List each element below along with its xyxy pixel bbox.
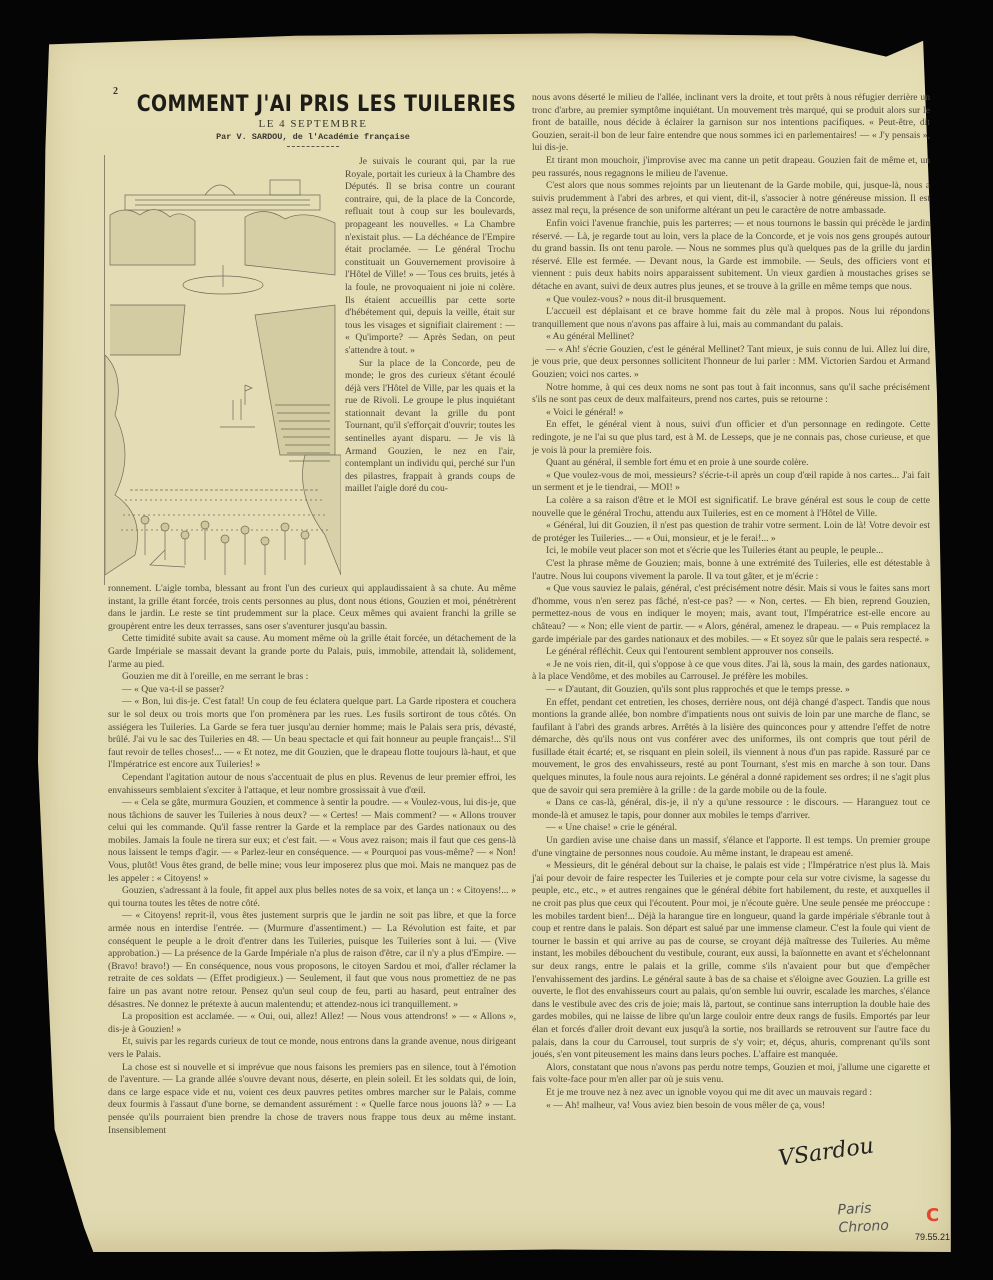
paragraph: Cependant l'agitation autour de nous s'a…: [108, 772, 516, 797]
paragraph: « — Ah! malheur, va! Vous aviez bien bes…: [532, 1100, 930, 1113]
paragraph: La chose est si nouvelle et si imprévue …: [108, 1062, 516, 1138]
paragraph: La colère a sa raison d'être et le MOI e…: [532, 495, 930, 520]
paragraph: — « Cela se gâte, murmura Gouzien, et co…: [108, 797, 516, 885]
accession-number: 79.55.21: [915, 1232, 950, 1242]
paragraph: Et je me trouve nez à nez avec un ignobl…: [532, 1087, 930, 1100]
red-mark: C: [926, 1205, 939, 1226]
paragraph: — « D'autant, dit Gouzien, qu'ils sont p…: [532, 684, 930, 697]
paragraph: « Que voulez-vous? » nous dit-il brusque…: [532, 294, 930, 307]
paragraph: « Que voulez-vous de moi, messieurs? s'é…: [532, 470, 930, 495]
paragraph: L'accueil est déplaisant et ce brave hom…: [532, 306, 930, 331]
article-header: COMMENT J'AI PRIS LES TUILERIES LE 4 SEP…: [108, 92, 518, 147]
paragraph: En effet, pendant cet entretien, les cho…: [532, 697, 930, 798]
header-divider: [287, 146, 339, 147]
paragraph: La proposition est acclamée. — « Oui, ou…: [108, 1011, 516, 1036]
paragraph: ronnement. L'aigle tomba, blessant au fr…: [108, 583, 516, 633]
article-byline: Par V. SARDOU, de l'Académie française: [108, 132, 518, 142]
paragraph: En effet, le général vient à nous, suivi…: [532, 419, 930, 457]
paragraph: Enfin voici l'avenue franchie, puis les …: [532, 218, 930, 294]
paragraph: « Messieurs, dit le général debout sur l…: [532, 860, 930, 1062]
paragraph: Je suivais le courant qui, par la rue Ro…: [345, 156, 515, 358]
paragraph: « Je ne vois rien, dit-il, qui s'oppose …: [532, 659, 930, 684]
paragraph: C'est la phrase même de Gouzien; mais, b…: [532, 558, 930, 583]
paragraph: — « Ah! s'écrie Gouzien, c'est le généra…: [532, 344, 930, 382]
handwritten-note-line: Chrono: [838, 1217, 889, 1238]
article-subtitle: LE 4 SEPTEMBRE: [108, 118, 518, 130]
paragraph: « Que vous sauviez le palais, général, c…: [532, 583, 930, 646]
engraving-image: [104, 155, 341, 585]
paragraph: Quant au général, il semble fort ému et …: [532, 457, 930, 470]
paragraph: Gouzien, s'adressant à la foule, fit app…: [108, 885, 516, 910]
paragraph: Notre homme, à qui ces deux noms ne sont…: [532, 382, 930, 407]
article-column-right: nous avons déserté le milieu de l'allée,…: [532, 92, 930, 1112]
paragraph: — « Citoyens! reprit-il, vous êtes juste…: [108, 910, 516, 1011]
paragraph: Et tirant mon mouchoir, j'improvise avec…: [532, 155, 930, 180]
paragraph: Gouzien me dit à l'oreille, en me serran…: [108, 671, 516, 684]
tuileries-engraving-icon: [105, 155, 341, 585]
article-title: COMMENT J'AI PRIS LES TUILERIES: [137, 92, 490, 117]
paragraph: Alors, constatant que nous n'avons pas p…: [532, 1062, 930, 1087]
paragraph: C'est alors que nous sommes rejoints par…: [532, 180, 930, 218]
paragraph: Le général réfléchit. Ceux qui l'entoure…: [532, 646, 930, 659]
paragraph: Ici, le mobile veut placer son mot et s'…: [532, 545, 930, 558]
paragraph: « Général, lui dit Gouzien, il n'est pas…: [532, 520, 930, 545]
article-column-narrow: Je suivais le courant qui, par la rue Ro…: [345, 156, 515, 496]
paragraph: Et, suivis par les regards curieux de to…: [108, 1036, 516, 1061]
handwritten-annotation: Paris Chrono: [837, 1199, 889, 1238]
paragraph: « Dans ce cas-là, général, dis-je, il n'…: [532, 797, 930, 822]
paragraph: « Au général Mellinet?: [532, 331, 930, 344]
paragraph: « Voici le général! »: [532, 407, 930, 420]
paragraph: — « Que va-t-il se passer?: [108, 684, 516, 697]
article-column-left: ronnement. L'aigle tomba, blessant au fr…: [108, 583, 516, 1137]
paragraph: Un gardien avise une chaise dans un mass…: [532, 835, 930, 860]
paragraph: Cette timidité subite avait sa cause. Au…: [108, 633, 516, 671]
paragraph: nous avons déserté le milieu de l'allée,…: [532, 92, 930, 155]
paragraph: — « Bon, lui dis-je. C'est fatal! Un cou…: [108, 696, 516, 772]
paragraph: Sur la place de la Concorde, peu de mond…: [345, 358, 515, 497]
paragraph: — « Une chaise! » crie le général.: [532, 822, 930, 835]
